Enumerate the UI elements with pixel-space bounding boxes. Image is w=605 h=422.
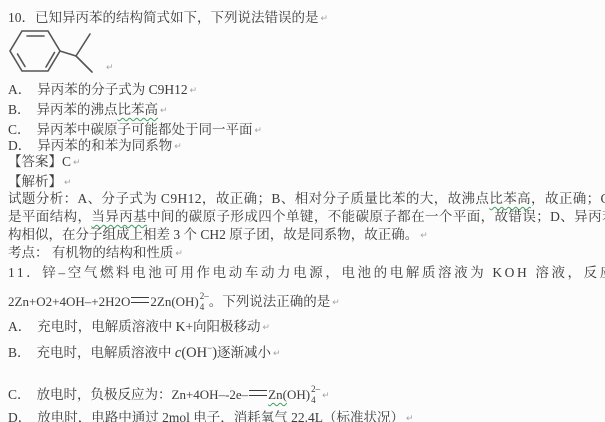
option-label: A．: [8, 319, 31, 334]
analysis-text-flagged: 当异丙基: [91, 209, 147, 224]
analysis-text: 试题分析：A、分子式为 C9H12，故正确；B、相对分子质量比苯的大，故沸点: [8, 191, 489, 206]
return-mark-icon: ↵: [64, 177, 72, 187]
option-text: 逐渐减小: [217, 345, 271, 360]
return-mark-icon: ↵: [106, 62, 114, 73]
q11-title-text: 11．锌–空气燃料电池可用作电动车动力电源，电池的电解质溶液为 KOH 溶液，反…: [8, 265, 605, 280]
zincate-flagged: Zn(: [268, 387, 287, 402]
q10-analysis-line1: 试题分析：A、分子式为 C9H12，故正确；B、相对分子质量比苯的大，故沸点比苯…: [8, 187, 605, 207]
return-mark-icon: ↵: [255, 125, 263, 135]
q10-option-a: A．异丙苯的分子式为 C9H12↵: [8, 78, 197, 98]
return-mark-icon: ↵: [190, 85, 198, 95]
q10-answer: 【答案】C↵: [8, 150, 81, 170]
charge-stack: 2–4: [311, 385, 320, 405]
q11-option-b: B．充电时，电解质溶液中 c(OH−)逐渐减小↵: [8, 341, 281, 362]
q10-analysis-line3: 构相似，在分子组成上相差 3 个 CH2 原子团，故是同系物，故正确。↵: [8, 223, 428, 243]
subscript-4: 4: [311, 396, 320, 405]
option-label: D．: [8, 410, 31, 422]
q10-title-text: 10．已知异丙苯的结构简式如下，下列说法错误的是: [8, 10, 319, 25]
equation-rhs: 2Zn(OH): [150, 294, 198, 309]
q11-title: 11．锌–空气燃料电池可用作电动车动力电源，电池的电解质溶液为 KOH 溶液，反…: [8, 261, 605, 281]
analysis-text: 是平面结构，: [8, 209, 91, 224]
return-mark-icon: ↵: [263, 322, 271, 332]
q11-option-a: A．充电时，电解质溶液中 K+向阳极移动↵: [8, 315, 270, 335]
q10-option-b: B．异丙苯的沸点比苯高↵: [8, 98, 168, 118]
return-mark-icon: ↵: [332, 297, 340, 307]
analysis-text: 中间的碳原子形成四个单键，不能碳原子都在一个平面，故错误；D、异丙苯和苯结: [147, 209, 605, 224]
q10-analysis-line2: 是平面结构，当异丙基中间的碳原子形成四个单键，不能碳原子都在一个平面，故错误；D…: [8, 205, 605, 225]
benzene-ring-icon: [8, 26, 112, 78]
option-text-flagged: 比苯高: [118, 102, 159, 117]
document-page: 10．已知异丙苯的结构简式如下，下列说法错误的是↵ ↵ A．异丙苯的分子式为 C…: [0, 0, 605, 422]
return-mark-icon: ↵: [406, 413, 414, 422]
return-mark-icon: ↵: [73, 157, 81, 167]
option-text: 异丙苯的分子式为 C9H12: [37, 82, 187, 97]
option-text: 充电时，电解质溶液中 K+向阳极移动: [37, 319, 260, 334]
answer-value: C: [62, 154, 71, 169]
return-mark-icon: ↵: [160, 105, 168, 115]
subscript-4: 4: [200, 303, 209, 312]
q11-option-d: D．放电时，电路中通过 2mol 电子，消耗氧气 22.4L（标准状况）↵: [8, 406, 414, 422]
kaodian-text: 考点： 有机物的结构和性质: [8, 245, 173, 260]
option-text: 异丙苯的沸点: [37, 102, 118, 117]
double-bond-equals-icon: [131, 297, 149, 303]
q11-option-c: C．放电时，负极反应为：Zn+4OH–-2e–Zn(OH)2–4↵: [8, 383, 330, 405]
return-mark-icon: ↵: [420, 230, 428, 240]
ion-charge: 2–: [311, 385, 320, 394]
analysis-text-flagged: 比苯高: [489, 191, 531, 206]
option-text: 充电时，电解质溶液中: [37, 345, 175, 360]
option-text: 放电时，电路中通过 2mol 电子，消耗氧气 22.4L（标准状况）: [37, 410, 404, 422]
equation-lhs: 2Zn+O2+4OH–+2H2O: [8, 294, 130, 309]
charge-stack: 2–4: [200, 292, 209, 312]
isopropylbenzene-structure: ↵: [8, 26, 112, 83]
q11-equation: 2Zn+O2+4OH–+2H2O2Zn(OH)2–4。下列说法正确的是↵: [8, 290, 340, 312]
ion-charge: 2–: [200, 292, 209, 301]
equation-tail: 。下列说法正确的是: [209, 294, 331, 309]
option-label: B．: [8, 345, 31, 360]
return-mark-icon: ↵: [322, 390, 330, 400]
return-mark-icon: ↵: [175, 248, 183, 258]
double-bond-equals-icon: [249, 390, 267, 396]
return-mark-icon: ↵: [273, 348, 281, 358]
q10-title: 10．已知异丙苯的结构简式如下，下列说法错误的是↵: [8, 6, 328, 26]
analysis-text: ，故正确；C、苯环: [531, 191, 605, 206]
return-mark-icon: ↵: [321, 13, 329, 23]
q10-kaodian: 考点： 有机物的结构和性质↵: [8, 241, 183, 261]
option-label: A．: [8, 82, 31, 97]
answer-tag: 【答案】: [8, 154, 62, 169]
option-label: B．: [8, 102, 31, 117]
zincate-rest: OH): [287, 387, 310, 402]
option-text: 放电时，负极反应为：: [37, 387, 172, 402]
analysis-text: 构相似，在分子组成上相差 3 个 CH2 原子团，故是同系物，故正确。: [8, 227, 418, 242]
electrode-equation-lhs: Zn+4OH–-2e–: [172, 387, 249, 402]
hydroxide-formula: (OH−): [181, 345, 217, 361]
return-mark-icon: ↵: [174, 141, 182, 151]
option-label: C．: [8, 387, 31, 402]
